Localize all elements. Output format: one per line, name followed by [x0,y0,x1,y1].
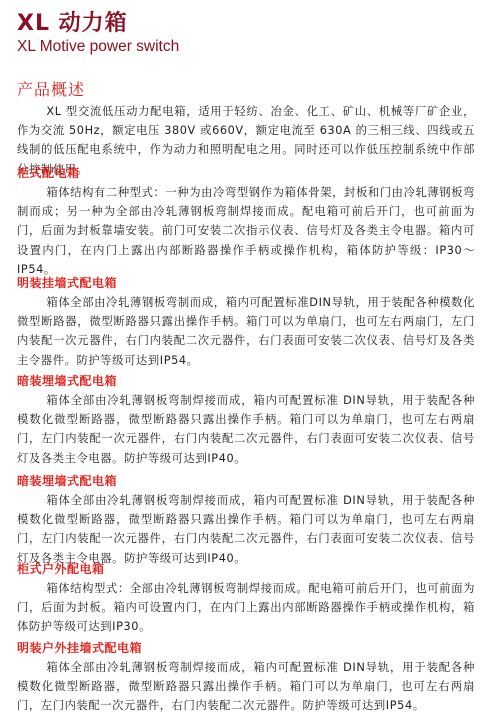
section-text: 箱体全部由冷轧薄钢板弯制而成，箱内可配置标准DIN导轨，用于装配各种模数化微型断… [17,293,475,370]
section-flush-wall-box: 暗装埋墙式配电箱 箱体全部由冷轧薄钢板弯制焊接而成，箱内可配置标准 DIN导轨，… [17,373,475,468]
overview-heading: 产品概述 [17,80,475,100]
section-heading: 明装户外挂墙式配电箱 [17,640,475,657]
overview-section: 产品概述 XL 型交流低压动力配电箱，适用于轻纺、冶金、化工、矿山、机械等厂矿企… [17,80,475,179]
section-text: 箱体结构有二种型式：一种为由冷弯型钢作为箱体骨架，封板和门由冷轧薄钢板弯制而成；… [17,183,475,279]
section-heading: 暗装埋墙式配电箱 [17,373,475,390]
section-heading: 明装挂墙式配电箱 [17,275,475,292]
section-flush-wall-box-2: 暗装埋墙式配电箱 箱体全部由冷轧薄钢板弯制焊接而成，箱内可配置标准 DIN导轨，… [17,473,475,568]
page-title: XL 动力箱 [17,6,128,37]
section-outdoor-cabinet-box: 柜式户外配电箱 箱体结构型式：全部由冷轧薄钢板弯制焊接而成。配电箱可前后开门，也… [17,561,475,637]
section-outdoor-wall-box: 明装户外挂墙式配电箱 箱体全部由冷轧薄钢板弯制焊接而成，箱内可配置标准 DIN导… [17,640,475,716]
section-text: 箱体结构型式：全部由冷轧薄钢板弯制焊接而成。配电箱可前后开门，也可前面为门，后面… [17,579,475,637]
section-heading: 柜式配电箱 [17,165,475,182]
section-text: 箱体全部由冷轧薄钢板弯制焊接而成，箱内可配置标准 DIN导轨，用于装配各种模数化… [17,491,475,568]
page-subtitle: XL Motive power switch [17,38,179,56]
section-text: 箱体全部由冷轧薄钢板弯制焊接而成，箱内可配置标准 DIN导轨，用于装配各种模数化… [17,658,475,716]
section-cabinet-box: 柜式配电箱 箱体结构有二种型式：一种为由冷弯型钢作为箱体骨架，封板和门由冷轧薄钢… [17,165,475,279]
section-heading: 柜式户外配电箱 [17,561,475,578]
section-surface-wall-box: 明装挂墙式配电箱 箱体全部由冷轧薄钢板弯制而成，箱内可配置标准DIN导轨，用于装… [17,275,475,370]
section-text: 箱体全部由冷轧薄钢板弯制焊接而成，箱内可配置标准 DIN导轨，用于装配各种模数化… [17,391,475,468]
section-heading: 暗装埋墙式配电箱 [17,473,475,490]
